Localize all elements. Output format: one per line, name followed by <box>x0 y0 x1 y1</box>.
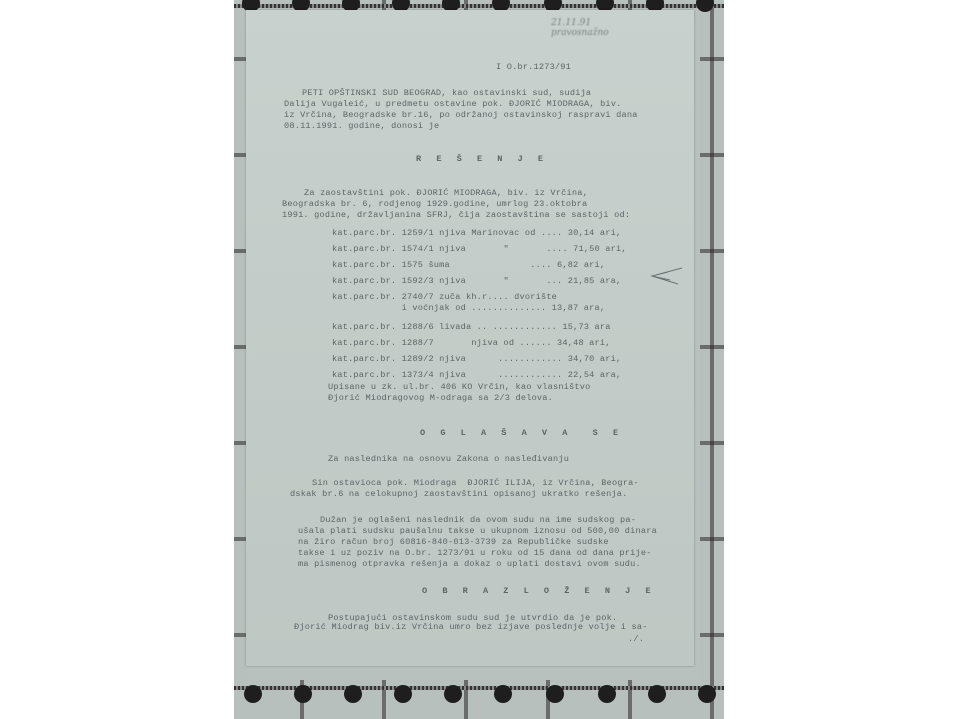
parcel-row: kat.parc.br. 2740/7 zuča kh.r.... dvoriš… <box>332 292 605 315</box>
tablecloth-dot <box>698 685 716 703</box>
tablecloth-dot <box>294 685 312 703</box>
parcel-row: kat.parc.br. 1592/3 njiva " ... 21,85 ar… <box>332 276 621 287</box>
parcel-description: njiva ............ <box>439 354 562 364</box>
parcel-description: njiva ............ <box>439 370 562 380</box>
parcel-area: 30,14 ari, <box>568 228 622 238</box>
parcel-description: njiva od ...... <box>439 338 552 348</box>
parcel-description: njiva " ... <box>439 276 562 286</box>
tablecloth-dot <box>598 685 616 703</box>
tablecloth-dot <box>444 685 462 703</box>
heading-reasoning: O B R A Z L O Ž E N J E <box>422 586 656 597</box>
parcel-area: 6,82 ari, <box>557 260 605 270</box>
parcel-area: 15,73 ara <box>562 322 610 332</box>
tablecloth-dot <box>648 685 666 703</box>
reasoning-paragraph: Postupajući ostavinskom sudu sud je utvr… <box>294 613 326 659</box>
heading-decision: R E Š E N J E <box>416 154 548 165</box>
parcel-area: 71,50 ari, <box>573 244 627 254</box>
parcel-number: 1574/1 <box>402 244 434 254</box>
parcel-label: kat.parc.br. <box>332 354 396 364</box>
parcel-number: 1575 <box>402 260 423 270</box>
parcel-row: kat.parc.br. 1575 šuma .... 6,82 ari, <box>332 260 605 271</box>
parcel-description: njiva Marinovac od .... <box>439 228 562 238</box>
parcel-description: livada .. ............ <box>439 322 557 332</box>
parcel-label: kat.parc.br. <box>332 244 396 254</box>
tablecloth-dot <box>394 685 412 703</box>
tablecloth-dot <box>546 685 564 703</box>
tablecloth-dot <box>696 0 714 12</box>
parcel-area: 34,70 ari, <box>568 354 622 364</box>
paper-sheet: 21.11.91 pravosnažno I O.br.1273/91 PETI… <box>246 10 694 666</box>
parcel-label: kat.parc.br. <box>332 260 396 270</box>
parcel-number: 2740/7 <box>402 292 434 302</box>
estate-intro: Za zaostavštini pok. ĐJORIĆ MIODRAGA, bi… <box>282 188 314 245</box>
parcel-number: 1289/2 <box>402 354 434 364</box>
parcel-row: kat.parc.br. 1288/6 livada .. ..........… <box>332 322 611 333</box>
tablecloth-dot <box>494 685 512 703</box>
fee-paragraph: Dužan je oglašeni naslednik da ovom sudu… <box>298 515 330 595</box>
intro-paragraph: PETI OPŠTINSKI SUD BEOGRAD, kao ostavins… <box>284 88 316 156</box>
parcel-row: kat.parc.br. 1288/7 njiva od ...... 34,4… <box>332 338 611 349</box>
parcel-row: kat.parc.br. 1259/1 njiva Marinovac od .… <box>332 228 621 239</box>
parcel-area: 21,85 ara, <box>568 276 622 286</box>
handwritten-note: 21.11.91 pravosnažno <box>551 18 609 38</box>
tablecloth-dots-bottom <box>234 685 724 707</box>
tablecloth-dot <box>344 685 362 703</box>
tablecloth-dot <box>244 685 262 703</box>
parcel-area: 34,48 ari, <box>557 338 611 348</box>
heir-intro: Za naslednika na osnovu Zakona o nasleđi… <box>328 454 569 465</box>
document-photo: 21.11.91 pravosnažno I O.br.1273/91 PETI… <box>234 0 724 719</box>
page-continuation-mark: ./. <box>628 634 644 645</box>
parcel-row: kat.parc.br. 1289/2 njiva ............ 3… <box>332 354 621 365</box>
registry-note: Upisane u zk. ul.br. 406 KO Vrčin, kao v… <box>328 382 360 428</box>
parcel-label: kat.parc.br. <box>332 276 396 286</box>
parcel-number: 1259/1 <box>402 228 434 238</box>
parcel-description: njiva " .... <box>439 244 568 254</box>
parcel-description: šuma .... <box>428 260 551 270</box>
hand-drawn-arrow-icon <box>648 264 684 286</box>
parcel-number: 1592/3 <box>402 276 434 286</box>
parcel-number: 1373/4 <box>402 370 434 380</box>
heading-declares: O G L A Š A V A S E <box>420 428 623 439</box>
parcel-area: 22,54 ara, <box>568 370 622 380</box>
parcel-label: kat.parc.br. <box>332 322 396 332</box>
case-number: I O.br.1273/91 <box>496 62 571 73</box>
parcel-label: kat.parc.br. <box>332 228 396 238</box>
parcel-label: kat.parc.br. <box>332 292 396 302</box>
parcel-area: 13,87 ara, <box>552 303 606 313</box>
parcel-number: 1288/7 <box>402 338 434 348</box>
parcel-row: kat.parc.br. 1574/1 njiva " .... 71,50 a… <box>332 244 627 255</box>
parcel-row: kat.parc.br. 1373/4 njiva ............ 2… <box>332 370 621 381</box>
parcel-label: kat.parc.br. <box>332 338 396 348</box>
parcel-number: 1288/6 <box>402 322 434 332</box>
parcel-label: kat.parc.br. <box>332 370 396 380</box>
